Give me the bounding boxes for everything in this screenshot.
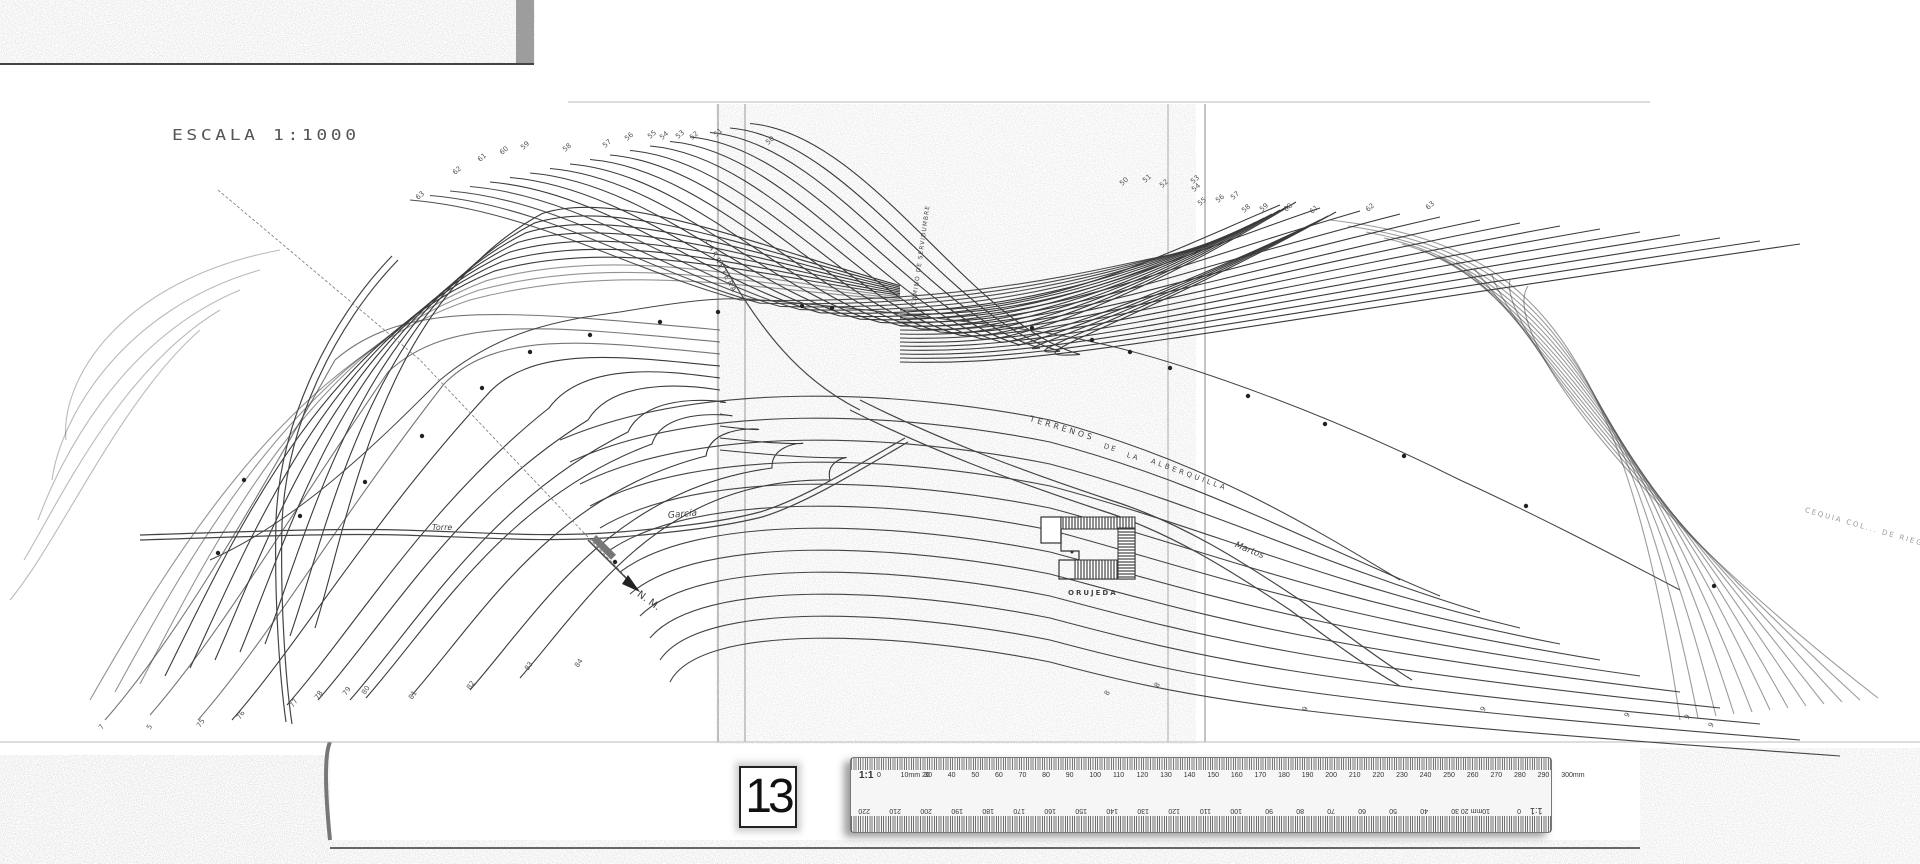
ruler-tick-label: 110 xyxy=(1180,807,1211,814)
ruler-tick-label: 100 xyxy=(1089,772,1113,779)
ruler-tick-label: 50 xyxy=(1366,807,1397,814)
ruler-tick-label: 0 xyxy=(1490,807,1521,814)
ruler-tick-label: 10mm 20 xyxy=(901,772,925,779)
ruler-tick-label: 70 xyxy=(1019,772,1043,779)
ruler-ratio-label: 1:1 xyxy=(859,770,873,781)
ruler-tick-label: 140 xyxy=(1184,772,1208,779)
ruler-ratio-label-inverted: 1:1 xyxy=(1530,806,1543,816)
ruler-tick-label: 190 xyxy=(932,807,963,814)
ruler-tick-label: 260 xyxy=(1467,772,1491,779)
ruler-tick-label: 240 xyxy=(1420,772,1444,779)
ruler-tick-label: 30 xyxy=(924,772,948,779)
ruler-tick-label: 30 xyxy=(1428,807,1459,814)
ruler-tick-label: 160 xyxy=(1231,772,1255,779)
ruler-tick-label: 150 xyxy=(1207,772,1231,779)
ruler-tick-label: 150 xyxy=(1056,807,1087,814)
ruler-tick-label: 40 xyxy=(1397,807,1428,814)
ruler-bottom-scale: 010mm 2030405060708090100110120130140150… xyxy=(861,807,1521,814)
ruler-tick-label: 90 xyxy=(1066,772,1090,779)
sheet-number-badge: 13 xyxy=(739,766,797,828)
ruler-tick-label: 270 xyxy=(1490,772,1514,779)
ruler-tick-label: 220 xyxy=(839,807,870,814)
ruler-tick-label: 120 xyxy=(1149,807,1180,814)
ruler-tick-label: 80 xyxy=(1042,772,1066,779)
ruler-tick-label: 290 xyxy=(1538,772,1562,779)
ruler-tick-label: 60 xyxy=(1335,807,1366,814)
ruler-tick-label: 180 xyxy=(963,807,994,814)
ruler-tick-label: 70 xyxy=(1304,807,1335,814)
ruler-tick-label: 200 xyxy=(1325,772,1349,779)
ruler-tick-label: 100 xyxy=(1211,807,1242,814)
ruler-tick-label: 220 xyxy=(1372,772,1396,779)
ruler-tick-label: 10mm 20 xyxy=(1459,807,1490,814)
ruler-tick-label: 120 xyxy=(1137,772,1161,779)
ruler-top-scale: 010mm 2030405060708090100110120130140150… xyxy=(877,772,1585,779)
ruler-tick-label: 300mm xyxy=(1561,772,1585,779)
ruler-tick-label: 230 xyxy=(1396,772,1420,779)
ruler-tick-label: 140 xyxy=(1087,807,1118,814)
ruler-tick-label: 160 xyxy=(1025,807,1056,814)
ruler-tick-label: 180 xyxy=(1278,772,1302,779)
ruler-tick-label: 80 xyxy=(1273,807,1304,814)
ruler-tick-label: 210 xyxy=(870,807,901,814)
ruler-bottom-ticks xyxy=(851,816,1551,832)
ruler-tick-label: 90 xyxy=(1242,807,1273,814)
ruler-tick-label: 250 xyxy=(1443,772,1467,779)
ruler-tick-label: 200 xyxy=(901,807,932,814)
ruler-tick-label: 40 xyxy=(948,772,972,779)
ruler-top-ticks xyxy=(851,758,1551,770)
label-torre-road: Torre xyxy=(432,523,452,532)
ruler-tick-label: 170 xyxy=(994,807,1025,814)
ruler-tick-label: 110 xyxy=(1113,772,1137,779)
ruler-tick-label: 170 xyxy=(1255,772,1279,779)
label-orujeda: ORUJEDA xyxy=(1068,589,1118,597)
scale-title: ESCALA 1:1000 xyxy=(172,126,360,144)
ruler-tick-label: 280 xyxy=(1514,772,1538,779)
ruler-tick-label: 190 xyxy=(1302,772,1326,779)
ruler-tick-label: 50 xyxy=(971,772,995,779)
ruler-tick-label: 210 xyxy=(1349,772,1373,779)
reference-ruler: 1:1 010mm 203040506070809010011012013014… xyxy=(850,757,1552,833)
ruler-tick-label: 60 xyxy=(995,772,1019,779)
ruler-tick-label: 0 xyxy=(877,772,901,779)
ruler-tick-label: 130 xyxy=(1118,807,1149,814)
ruler-tick-label: 130 xyxy=(1160,772,1184,779)
